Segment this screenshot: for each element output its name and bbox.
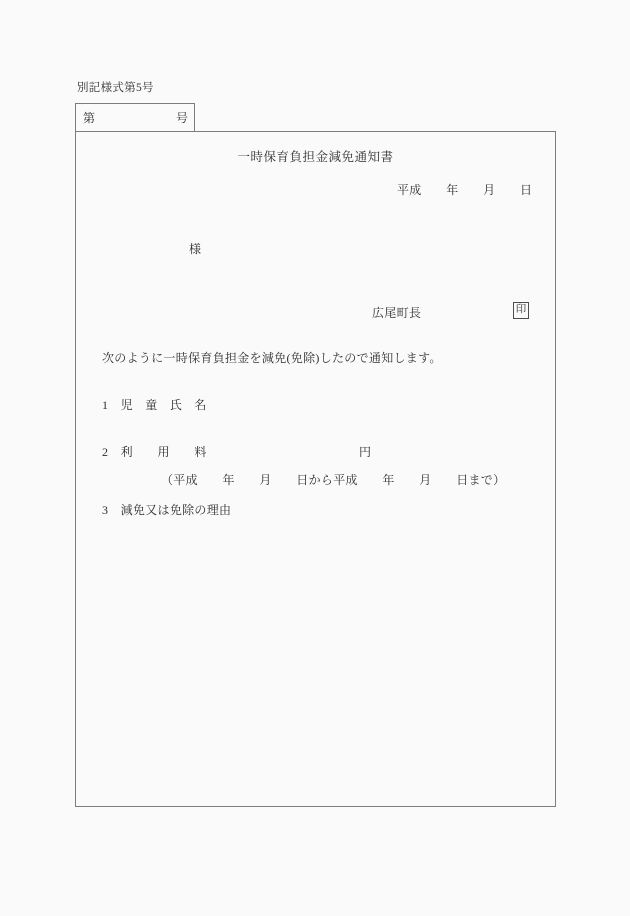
issuer-title: 広尾町長 [372, 306, 421, 320]
item-reason-row: 3 減免又は免除の理由 [102, 503, 231, 517]
document-title: 一時保育負担金減免通知書 [76, 150, 555, 164]
seal-box: 印 [513, 302, 529, 319]
item-child-name-row: 1 児 童 氏 名 [102, 398, 207, 412]
addressee-honorific: 様 [189, 242, 201, 256]
item-spacer [108, 398, 120, 412]
seal-mark: 印 [516, 305, 527, 316]
document-number-suffix: 号 [176, 109, 188, 126]
fee-period-line: （平成 年 月 日から平成 年 月 日まで） [161, 473, 505, 487]
item-label-reason: 減免又は免除の理由 [121, 503, 232, 517]
item-spacer [108, 503, 120, 517]
form-frame: 一時保育負担金減免通知書 平成 年 月 日 様 広尾町長 印 次のように一時保育… [75, 131, 556, 807]
issue-date-line: 平成 年 月 日 [397, 183, 532, 197]
item-spacer [108, 445, 120, 459]
fee-unit-label: 円 [359, 445, 371, 459]
item-label-child-name: 児 童 氏 名 [121, 398, 207, 412]
item-usage-fee-row: 2 利 用 料円 [102, 445, 522, 459]
form-code-label: 別記様式第5号 [77, 81, 154, 95]
document-number-box: 第 号 [75, 103, 195, 131]
document-page: 別記様式第5号 第 号 一時保育負担金減免通知書 平成 年 月 日 様 広尾町長… [0, 0, 630, 916]
document-number-prefix: 第 [83, 109, 95, 126]
notification-body-text: 次のように一時保育負担金を減免(免除)したので通知します。 [102, 351, 442, 365]
item-label-usage-fee: 利 用 料 [121, 445, 207, 459]
